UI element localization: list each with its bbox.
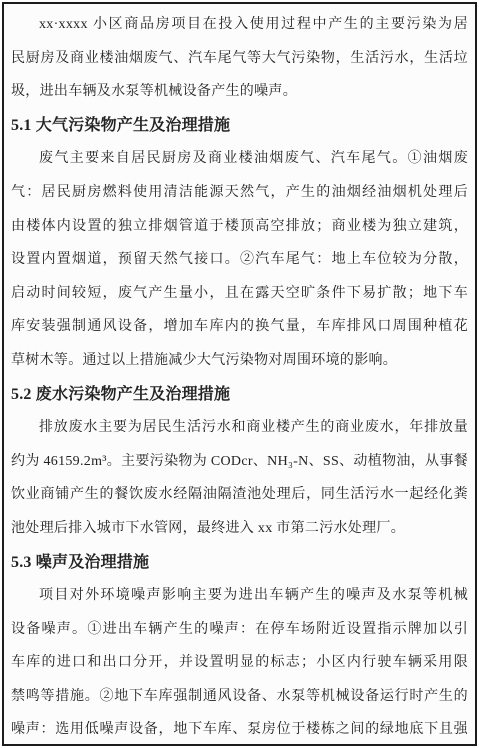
- text-line: 气：居民厨房燃料使用清洁能源天然气，产生的油烟经油烟机处理后: [11, 176, 468, 210]
- text-line: 车库的进口和出口分开，并设置明显的标志；小区内行驶车辆采用限速、: [11, 646, 468, 680]
- text-line: 民厨房及商业楼油烟废气、汽车尾气等大气污染物，生活污水，生活垃: [11, 42, 468, 76]
- paragraph: 排放废水主要为居民生活污水和商业楼产生的商业废水，年排放量约为 46159.2m…: [11, 411, 468, 545]
- text-line: 池处理后排入城市下水管网，最终进入 xx 市第二污水处理厂。: [11, 512, 468, 546]
- text-line: 库安装强制通风设备，增加车库内的换气量，车库排风口周围种植花: [11, 310, 468, 344]
- document-body: xx·xxxx 小区商品房项目在投入使用过程中产生的主要污染为居民厨房及商业楼油…: [11, 8, 468, 746]
- text-line: 噪声：选用低噪声设备，地下车库、泵房位于楼栋之间的绿地底下且强: [11, 713, 468, 746]
- text-line: 废气主要来自居民厨房及商业楼油烟废气、汽车尾气。①油烟废: [11, 142, 468, 176]
- text-line: 草树木等。通过以上措施减少大气污染物对周围环境的影响。: [11, 344, 468, 378]
- text-line: 禁鸣等措施。②地下车库强制通风设备、水泵等机械设备运行时产生的: [11, 680, 468, 714]
- paragraph: 项目对外环境噪声影响主要为进出车辆产生的噪声及水泵等机械设备噪声。①进出车辆产生…: [11, 579, 468, 746]
- text-line: 饮业商铺产生的餐饮废水经隔油隔渣池处理后，同生活污水一起经化粪: [11, 478, 468, 512]
- document-page: xx·xxxx 小区商品房项目在投入使用过程中产生的主要污染为居民厨房及商业楼油…: [2, 2, 477, 746]
- section-heading: 5.3 噪声及治理措施: [11, 546, 468, 580]
- text-line: xx·xxxx 小区商品房项目在投入使用过程中产生的主要污染为居: [11, 8, 468, 42]
- text-line: 圾，进出车辆及水泵等机械设备产生的噪声。: [11, 75, 468, 109]
- section-heading: 5.2 废水污染物产生及治理措施: [11, 378, 468, 412]
- paragraph: 废气主要来自居民厨房及商业楼油烟废气、汽车尾气。①油烟废气：居民厨房燃料使用清洁…: [11, 142, 468, 377]
- text-line: 启动时间较短，废气产生量小，且在露天空旷条件下易扩散；地下车: [11, 277, 468, 311]
- text-line: 设备噪声。①进出车辆产生的噪声：在停车场附近设置指示牌加以引导，: [11, 613, 468, 647]
- text-line: 排放废水主要为居民生活污水和商业楼产生的商业废水，年排放量: [11, 411, 468, 445]
- section-heading: 5.1 大气污染物产生及治理措施: [11, 109, 468, 143]
- text-line: 项目对外环境噪声影响主要为进出车辆产生的噪声及水泵等机械: [11, 579, 468, 613]
- text-line: 由楼体内设置的独立排烟管道于楼顶高空排放；商业楼为独立建筑，: [11, 210, 468, 244]
- text-line: 设置内置烟道，预留天然气接口。②汽车尾气：地上车位较为分散，: [11, 243, 468, 277]
- paragraph: xx·xxxx 小区商品房项目在投入使用过程中产生的主要污染为居民厨房及商业楼油…: [11, 8, 468, 109]
- text-line: 约为 46159.2m³。主要污染物为 CODcr、NH₃-N、SS、动植物油，…: [11, 445, 468, 479]
